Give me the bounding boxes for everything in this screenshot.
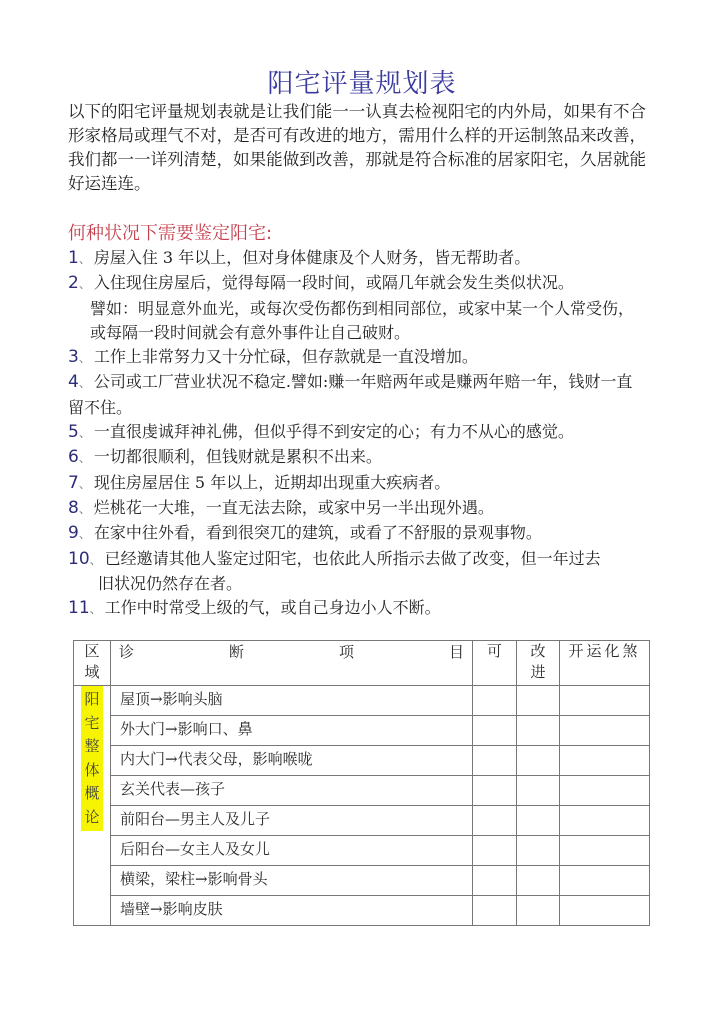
list-number: 6 bbox=[68, 447, 79, 467]
can-cell bbox=[473, 776, 517, 806]
header-improve: 改 进 bbox=[517, 641, 560, 686]
remedy-cell bbox=[560, 776, 650, 806]
page-title: 阳宅评量规划表 bbox=[0, 68, 724, 100]
list-separator: 、 bbox=[79, 351, 91, 365]
section-heading: 何种状况下需要鉴定阳宅: bbox=[68, 222, 272, 246]
intro-paragraph: 以下的阳宅评量规划表就是让我们能一一认真去检视阳宅的内外局，如果有不合形家格局或… bbox=[68, 100, 646, 196]
list-number: 7 bbox=[68, 473, 79, 493]
remedy-cell bbox=[560, 866, 650, 896]
item-cell: 内大门→代表父母，影响喉咙 bbox=[111, 746, 473, 776]
table-row: 横梁，梁柱→影响骨头 bbox=[74, 866, 650, 896]
list-item: 7、现住房屋居住 5 年以上，近期却出现重大疾病者。 bbox=[68, 471, 648, 496]
remedy-cell bbox=[560, 686, 650, 716]
list-item: 4、公司或工厂营业状况不稳定.譬如:赚一年赔两年或是赚两年赔一年，钱财一直留不住… bbox=[68, 370, 648, 420]
list-text: 工作中时常受上级的气，或自己身边小人不断。 bbox=[105, 598, 441, 617]
list-item: 2、入住现住房屋后，觉得每隔一段时间，或隔几年就会发生类似状况。 譬如：明显意外… bbox=[68, 271, 648, 345]
header-improve-char: 进 bbox=[530, 663, 545, 681]
area-label-char: 阳 bbox=[81, 688, 103, 712]
improve-cell bbox=[517, 746, 560, 776]
improve-cell bbox=[517, 896, 560, 926]
area-cell: 阳 宅 整 体 概 论 bbox=[74, 686, 111, 926]
list-separator: 、 bbox=[90, 553, 102, 567]
item-cell: 玄关代表—孩子 bbox=[111, 776, 473, 806]
remedy-cell bbox=[560, 896, 650, 926]
header-item-char: 诊 bbox=[119, 642, 134, 663]
list-item: 6、一切都很顺利，但钱财就是累积不出来。 bbox=[68, 445, 648, 470]
area-label-char: 整 bbox=[81, 735, 103, 759]
can-cell bbox=[473, 866, 517, 896]
header-area-char: 区 bbox=[84, 642, 99, 660]
header-area: 区 域 bbox=[74, 641, 111, 686]
header-improve-char: 改 bbox=[530, 642, 545, 660]
header-area-char: 域 bbox=[84, 663, 99, 681]
list-item: 9、在家中往外看，看到很突兀的建筑，或看了不舒服的景观事物。 bbox=[68, 521, 648, 546]
item-cell: 墙壁→影响皮肤 bbox=[111, 896, 473, 926]
list-text: 公司或工厂营业状况不稳定.譬如:赚一年赔两年或是赚两年赔一年，钱财一直留不住。 bbox=[68, 372, 632, 416]
remedy-cell bbox=[560, 716, 650, 746]
list-item: 3、工作上非常努力又十分忙碌，但存款就是一直没增加。 bbox=[68, 345, 648, 370]
improve-cell bbox=[517, 806, 560, 836]
list-text: 烂桃花一大堆，一直无法去除，或家中另一半出现外遇。 bbox=[94, 498, 494, 517]
table-row: 阳 宅 整 体 概 论 屋顶→影响头脑 bbox=[74, 686, 650, 716]
list-text: 一直很虔诚拜神礼佛，但似乎得不到安定的心；有力不从心的感觉。 bbox=[94, 422, 574, 441]
can-cell bbox=[473, 806, 517, 836]
list-number: 9 bbox=[68, 523, 79, 543]
list-separator: 、 bbox=[79, 426, 91, 440]
remedy-cell bbox=[560, 836, 650, 866]
list-number: 5 bbox=[68, 422, 79, 442]
remedy-cell bbox=[560, 746, 650, 776]
table-row: 前阳台—男主人及儿子 bbox=[74, 806, 650, 836]
list-subtext: 譬如：明显意外血光，或每次受伤都伤到相同部位，或家中某一个人常受伤，或每隔一段时… bbox=[68, 297, 648, 346]
list-item: 8、烂桃花一大堆，一直无法去除，或家中另一半出现外遇。 bbox=[68, 496, 648, 521]
list-number: 3 bbox=[68, 347, 79, 367]
header-item-char: 目 bbox=[449, 642, 464, 663]
list-item: 10、已经邀请其他人鉴定过阳宅，也依此人所指示去做了改变，但一年过去 旧状况仍然… bbox=[68, 547, 648, 597]
header-diagnosis-item: 诊 断 项 目 bbox=[111, 641, 473, 686]
header-item-char: 断 bbox=[229, 642, 244, 663]
header-remedy: 开运化煞 bbox=[560, 641, 650, 686]
improve-cell bbox=[517, 716, 560, 746]
can-cell bbox=[473, 746, 517, 776]
improve-cell bbox=[517, 776, 560, 806]
list-separator: 、 bbox=[79, 451, 91, 465]
table-row: 外大门→影响口、鼻 bbox=[74, 716, 650, 746]
list-text: 已经邀请其他人鉴定过阳宅，也依此人所指示去做了改变，但一年过去 bbox=[105, 549, 601, 568]
list-separator: 、 bbox=[79, 252, 91, 266]
list-item: 5、一直很虔诚拜神礼佛，但似乎得不到安定的心；有力不从心的感觉。 bbox=[68, 420, 648, 445]
list-separator: 、 bbox=[90, 602, 102, 616]
list-separator: 、 bbox=[79, 277, 91, 291]
improve-cell bbox=[517, 836, 560, 866]
area-label-char: 概 bbox=[81, 782, 103, 806]
evaluation-table: 区 域 诊 断 项 目 可 改 进 开运化煞 阳 宅 整 体 概 论 bbox=[73, 640, 650, 926]
list-separator: 、 bbox=[79, 376, 91, 390]
area-label-char: 宅 bbox=[81, 712, 103, 736]
list-text: 现住房屋居住 5 年以上，近期却出现重大疾病者。 bbox=[94, 473, 450, 492]
list-number: 10 bbox=[68, 549, 90, 569]
table-row: 后阳台—女主人及女儿 bbox=[74, 836, 650, 866]
list-separator: 、 bbox=[79, 502, 91, 516]
item-cell: 前阳台—男主人及儿子 bbox=[111, 806, 473, 836]
list-separator: 、 bbox=[79, 527, 91, 541]
item-cell: 后阳台—女主人及女儿 bbox=[111, 836, 473, 866]
table-row: 内大门→代表父母，影响喉咙 bbox=[74, 746, 650, 776]
list-text: 房屋入住 3 年以上，但对身体健康及个人财务，皆无帮助者。 bbox=[94, 248, 530, 267]
list-number: 11 bbox=[68, 598, 90, 618]
list-text: 一切都很顺利，但钱财就是累积不出来。 bbox=[94, 447, 382, 466]
can-cell bbox=[473, 686, 517, 716]
list-number: 4 bbox=[68, 372, 79, 392]
can-cell bbox=[473, 896, 517, 926]
list-separator: 、 bbox=[79, 477, 91, 491]
area-label-char: 论 bbox=[81, 806, 103, 830]
list-number: 1 bbox=[68, 248, 79, 268]
item-cell: 横梁，梁柱→影响骨头 bbox=[111, 866, 473, 896]
table-header-row: 区 域 诊 断 项 目 可 改 进 开运化煞 bbox=[74, 641, 650, 686]
improve-cell bbox=[517, 866, 560, 896]
list-number: 8 bbox=[68, 498, 79, 518]
area-label-highlight: 阳 宅 整 体 概 论 bbox=[81, 686, 103, 831]
table-row: 玄关代表—孩子 bbox=[74, 776, 650, 806]
list-item: 11、工作中时常受上级的气，或自己身边小人不断。 bbox=[68, 596, 648, 621]
can-cell bbox=[473, 716, 517, 746]
header-can: 可 bbox=[473, 641, 517, 686]
conditions-list: 1、房屋入住 3 年以上，但对身体健康及个人财务，皆无帮助者。 2、入住现住房屋… bbox=[68, 246, 648, 621]
list-text: 在家中往外看，看到很突兀的建筑，或看了不舒服的景观事物。 bbox=[94, 523, 542, 542]
area-label-char: 体 bbox=[81, 759, 103, 783]
list-text: 工作上非常努力又十分忙碌，但存款就是一直没增加。 bbox=[94, 347, 478, 366]
list-subtext: 旧状况仍然存在者。 bbox=[68, 572, 648, 596]
list-text: 入住现住房屋后，觉得每隔一段时间，或隔几年就会发生类似状况。 bbox=[94, 273, 574, 292]
list-item: 1、房屋入住 3 年以上，但对身体健康及个人财务，皆无帮助者。 bbox=[68, 246, 648, 271]
remedy-cell bbox=[560, 806, 650, 836]
can-cell bbox=[473, 836, 517, 866]
improve-cell bbox=[517, 686, 560, 716]
item-cell: 屋顶→影响头脑 bbox=[111, 686, 473, 716]
list-number: 2 bbox=[68, 273, 79, 293]
header-item-char: 项 bbox=[339, 642, 354, 663]
table-row: 墙壁→影响皮肤 bbox=[74, 896, 650, 926]
item-cell: 外大门→影响口、鼻 bbox=[111, 716, 473, 746]
